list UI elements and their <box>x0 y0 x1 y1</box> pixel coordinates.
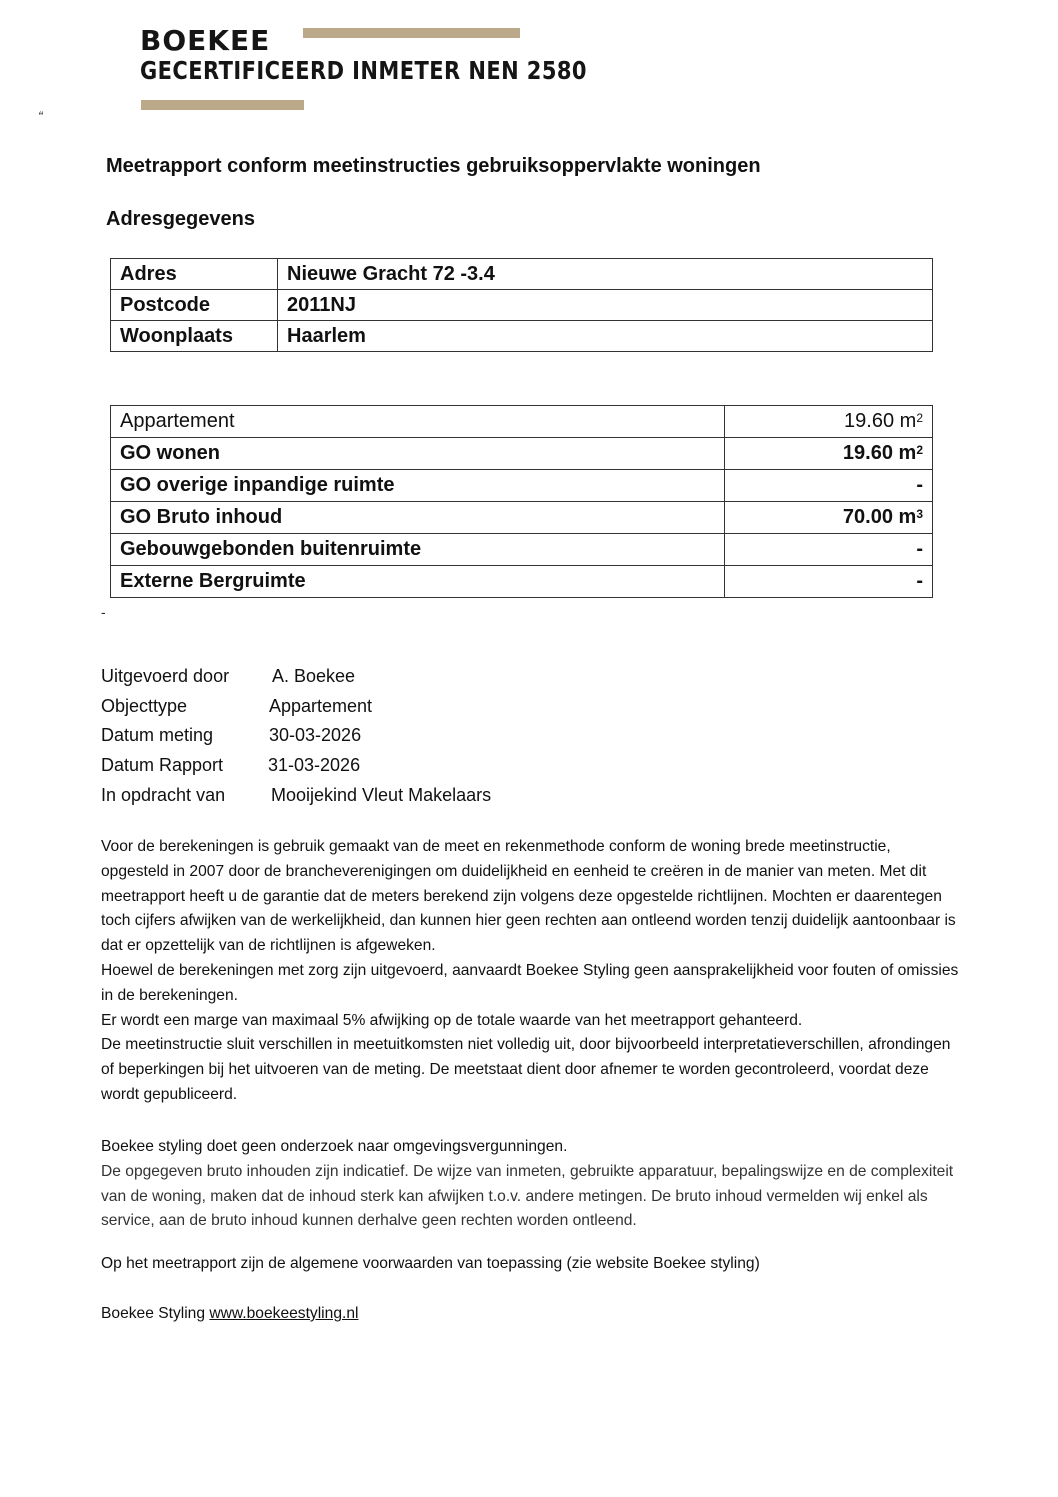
table-row: Gebouwgebonden buitenruimte - <box>111 534 933 566</box>
stray-dash-mark: - <box>101 604 106 620</box>
area-label: GO wonen <box>111 438 725 470</box>
area-number: 19.60 m <box>843 442 916 464</box>
area-value: - <box>725 534 933 566</box>
area-value: - <box>725 470 933 502</box>
area-number: - <box>916 538 923 560</box>
area-number: 70.00 m <box>843 506 916 528</box>
address-heading: Adresgegevens <box>106 208 255 231</box>
disclaimer-liability: Hoewel de berekeningen met zorg zijn uit… <box>101 959 961 1009</box>
logo-name: BOEKEE <box>140 24 270 57</box>
area-value: 70.00 m3 <box>725 502 933 534</box>
table-row: Externe Bergruimte - <box>111 566 933 598</box>
footer-company: Boekee Styling <box>101 1305 205 1322</box>
area-label: GO Bruto inhoud <box>111 502 725 534</box>
document-title: Meetrapport conform meetinstructies gebr… <box>106 155 761 178</box>
table-row: Adres Nieuwe Gracht 72 -3.4 <box>111 259 933 290</box>
disclaimer-block: Voor de berekeningen is gebruik gemaakt … <box>101 835 961 1108</box>
meta-label: In opdracht van <box>101 781 225 811</box>
area-number: 19.60 m <box>844 410 916 432</box>
unit-exponent: 2 <box>916 443 923 457</box>
area-label: Gebouwgebonden buitenruimte <box>111 534 725 566</box>
logo-accent-bar-top <box>303 28 520 38</box>
area-label: Externe Bergruimte <box>111 566 725 598</box>
meta-value: Appartement <box>269 692 372 722</box>
unit-exponent: 2 <box>916 411 923 425</box>
area-label: GO overige inpandige ruimte <box>111 470 725 502</box>
table-row: GO wonen 19.60 m2 <box>111 438 933 470</box>
disclaimer-differences: De meetinstructie sluit verschillen in m… <box>101 1033 961 1107</box>
footer: Boekee Styling www.boekeestyling.nl <box>101 1302 961 1327</box>
area-value: - <box>725 566 933 598</box>
area-label: Appartement <box>111 406 725 438</box>
address-table: Adres Nieuwe Gracht 72 -3.4 Postcode 201… <box>110 258 933 352</box>
meta-label: Datum Rapport <box>101 751 223 781</box>
table-row: GO overige inpandige ruimte - <box>111 470 933 502</box>
table-row: GO Bruto inhoud 70.00 m3 <box>111 502 933 534</box>
logo-subtitle: GECERTIFICEERD INMETER NEN 2580 <box>140 56 587 85</box>
disclaimer-margin: Er wordt een marge van maximaal 5% afwij… <box>101 1009 961 1034</box>
area-number: - <box>916 570 923 592</box>
area-value: 19.60 m2 <box>725 438 933 470</box>
table-row: Postcode 2011NJ <box>111 290 933 321</box>
unit-exponent: 3 <box>916 507 923 521</box>
logo-accent-bar-bottom <box>141 100 304 110</box>
meta-label: Uitgevoerd door <box>101 662 229 692</box>
permits-note: Boekee styling doet geen onderzoek naar … <box>101 1135 961 1160</box>
meta-label: Datum meting <box>101 721 213 751</box>
table-row: Appartement 19.60 m2 <box>111 406 933 438</box>
area-value: 19.60 m2 <box>725 406 933 438</box>
city-label: Woonplaats <box>111 321 278 352</box>
postcode-label: Postcode <box>111 290 278 321</box>
meta-value: 31-03-2026 <box>268 751 360 781</box>
city-value: Haarlem <box>278 321 933 352</box>
permits-block: Boekee styling doet geen onderzoek naar … <box>101 1135 961 1234</box>
website-link[interactable]: www.boekeestyling.nl <box>209 1305 358 1322</box>
table-row: Woonplaats Haarlem <box>111 321 933 352</box>
area-number: - <box>916 474 923 496</box>
meta-value: Mooijekind Vleut Makelaars <box>271 781 491 811</box>
meta-value: A. Boekee <box>272 662 355 692</box>
address-label: Adres <box>111 259 278 290</box>
stray-quote-mark: “ <box>38 108 43 124</box>
area-table: Appartement 19.60 m2 GO wonen 19.60 m2 G… <box>110 405 933 598</box>
disclaimer-method: Voor de berekeningen is gebruik gemaakt … <box>101 835 961 959</box>
meta-label: Objecttype <box>101 692 187 722</box>
volume-note: De opgegeven bruto inhouden zijn indicat… <box>101 1160 961 1234</box>
meta-value: 30-03-2026 <box>269 721 361 751</box>
postcode-value: 2011NJ <box>278 290 933 321</box>
address-value: Nieuwe Gracht 72 -3.4 <box>278 259 933 290</box>
terms-note: Op het meetrapport zijn de algemene voor… <box>101 1252 961 1277</box>
